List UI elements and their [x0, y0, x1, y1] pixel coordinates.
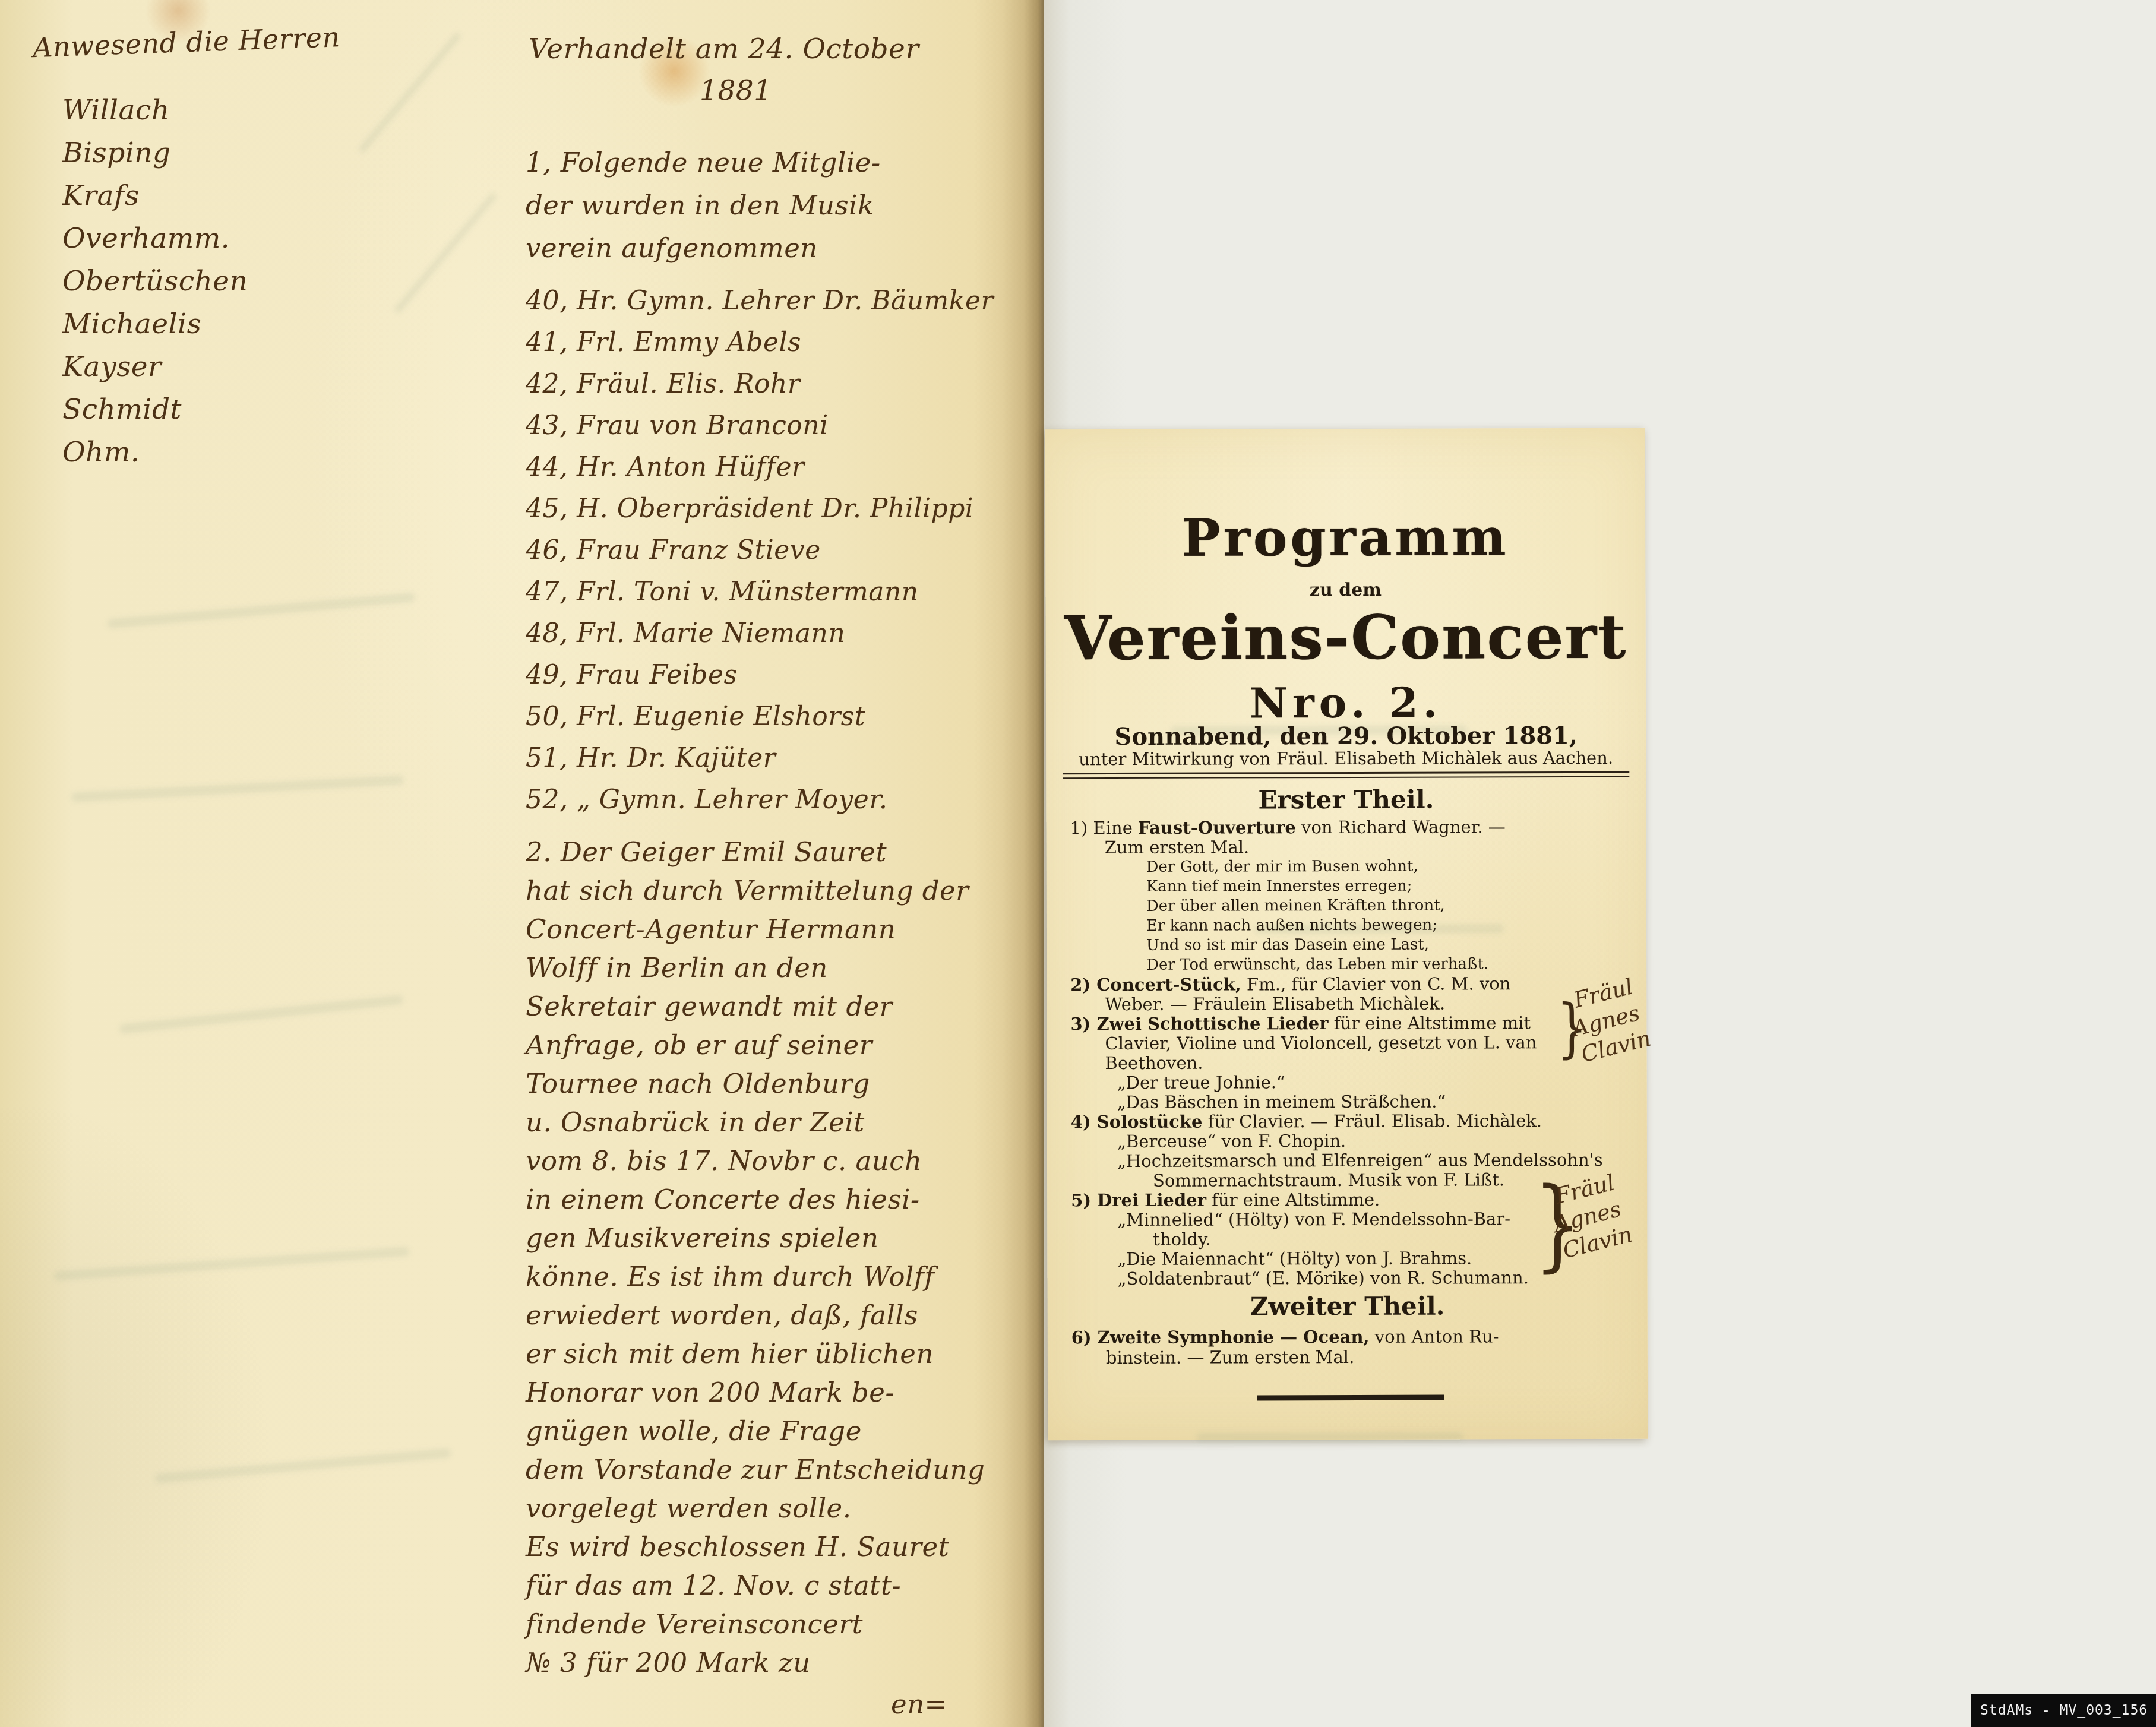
bleed-through-mark	[53, 1247, 410, 1281]
manuscript-line: Concert-Agentur Hermann	[526, 910, 1045, 948]
printed-program: Programm zu dem Vereins-Concert Nro. 2. …	[1045, 428, 1648, 1441]
page-fold-shadow	[974, 0, 1044, 1727]
attendee-name: Willach	[62, 89, 248, 132]
double-rule	[1063, 771, 1629, 779]
program-line: Beethoven.	[1071, 1052, 1626, 1073]
manuscript-line: Anfrage, ob er auf seiner	[526, 1026, 1045, 1064]
program-line: „Der treue Johnie.“	[1071, 1072, 1626, 1093]
protocol-date-line: Verhandelt am 24. October	[529, 29, 1039, 70]
part1-heading: Erster Theil.	[1046, 785, 1646, 815]
bleed-through-mark	[393, 192, 498, 315]
manuscript-line: erwiedert worden, daß, falls	[526, 1296, 1045, 1334]
part2-lines: 6) Zweite Symphonie — Ocean, von Anton R…	[1071, 1326, 1627, 1368]
manuscript-line: vorgelegt werden solle.	[526, 1489, 1045, 1527]
attendee-name: Krafs	[62, 175, 248, 217]
manuscript-line: gnügen wolle, die Frage	[526, 1412, 1045, 1450]
manuscript-line: für das am 12. Nov. c statt-	[526, 1566, 1045, 1605]
bleed-through-mark	[107, 592, 415, 628]
archive-reference-text: StdAMs - MV_003_156	[1980, 1703, 2148, 1718]
concert-title: Vereins-Concert	[1046, 602, 1646, 675]
program-line: Der über allen meinen Kräften thront,	[1070, 896, 1626, 916]
manuscript-line: vom 8. bis 17. Novbr c. auch	[526, 1141, 1045, 1180]
program-line: Er kann nach außen nichts bewegen;	[1070, 915, 1626, 936]
program-line: Der Gott, der mir im Busen wohnt,	[1070, 856, 1626, 877]
attendee-name: Schmidt	[62, 388, 248, 431]
program-subtitle: zu dem	[1045, 579, 1645, 602]
manuscript-line: 1, Folgende neue Mitglie-	[526, 141, 1048, 184]
end-rule	[1257, 1395, 1444, 1401]
program-line: 2) Concert-Stück, Fm., für Clavier von C…	[1070, 974, 1626, 995]
manuscript-line: Wolff in Berlin an den	[526, 948, 1045, 987]
program-line: 3) Zwei Schottische Lieder für eine Alts…	[1070, 1013, 1626, 1034]
manuscript-line: № 3 für 200 Mark zu	[526, 1643, 1045, 1682]
archival-scan: Anwesend die Herren WillachBispingKrafsO…	[0, 0, 2156, 1727]
program-line: binstein. — Zum ersten Mal.	[1071, 1346, 1627, 1368]
attendees-heading: Anwesend die Herren	[32, 18, 413, 64]
agenda-item-1-intro: 1, Folgende neue Mitglie-der wurden in d…	[526, 141, 1048, 270]
manuscript-line: Tournee nach Oldenburg	[526, 1064, 1045, 1103]
bleed-through-mark	[71, 775, 404, 802]
bleed-through-mark	[154, 1448, 451, 1484]
part2-heading: Zweiter Theil.	[1048, 1291, 1648, 1322]
program-line: 1) Eine Faust-Ouverture von Richard Wagn…	[1070, 817, 1625, 838]
manuscript-line: dem Vorstande zur Entscheidung	[526, 1450, 1045, 1489]
agenda-item-2-text: 2. Der Geiger Emil Saurethat sich durch …	[526, 833, 1045, 1682]
manuscript-line: hat sich durch Vermittelung der	[526, 871, 1045, 910]
catchword: en=	[891, 1688, 947, 1720]
attendee-name: Ohm.	[62, 431, 248, 474]
program-title: Programm	[1045, 507, 1645, 569]
bleed-through-mark	[1196, 1432, 1463, 1441]
attendee-name: Michaelis	[62, 303, 248, 346]
manuscript-line: verein aufgenommen	[526, 227, 1048, 270]
protocol-date: Verhandelt am 24. October 1881	[529, 29, 1039, 112]
program-line: „Berceuse“ von F. Chopin.	[1071, 1131, 1626, 1152]
program-line: 6) Zweite Symphonie — Ocean, von Anton R…	[1071, 1326, 1627, 1348]
concert-number: Nro. 2.	[1046, 678, 1646, 729]
program-line: „Das Bäschen in meinem Sträßchen.“	[1071, 1092, 1626, 1112]
program-line: 4) Solostücke für Clavier. — Fräul. Elis…	[1071, 1111, 1626, 1132]
manuscript-line: u. Osnabrück in der Zeit	[526, 1103, 1045, 1141]
manuscript-line: findende Vereinsconcert	[526, 1605, 1045, 1643]
program-line: Zum ersten Mal.	[1070, 837, 1626, 858]
program-line: Und so ist mir das Dasein eine Last,	[1070, 935, 1626, 956]
attendee-name: Kayser	[62, 346, 248, 388]
attendees-list: WillachBispingKrafsOverhamm.ObertüschenM…	[62, 89, 248, 474]
program-line: Der Tod erwünscht, das Leben mir verhaßt…	[1070, 954, 1626, 975]
concert-date: Sonnabend, den 29. Oktober 1881,	[1046, 722, 1646, 751]
manuscript-line: er sich mit dem hier üblichen	[526, 1334, 1045, 1373]
manuscript-line: in einem Concerte des hiesi-	[526, 1180, 1045, 1219]
participation-line: unter Mitwirkung von Fräul. Elisabeth Mi…	[1046, 748, 1646, 770]
program-line: Clavier, Violine und Violoncell, gesetzt…	[1070, 1033, 1626, 1054]
manuscript-line: Honorar von 200 Mark be-	[526, 1373, 1045, 1412]
manuscript-line: gen Musikvereins spielen	[526, 1219, 1045, 1257]
manuscript-line: könne. Es ist ihm durch Wolff	[526, 1257, 1045, 1296]
manuscript-line: Sekretair gewandt mit der	[526, 987, 1045, 1026]
manuscript-page: Anwesend die Herren WillachBispingKrafsO…	[0, 0, 1044, 1727]
manuscript-line: der wurden in den Musik	[526, 184, 1048, 227]
manuscript-line: Es wird beschlossen H. Sauret	[526, 1527, 1045, 1566]
attendee-name: Overhamm.	[62, 217, 248, 260]
program-line: Weber. — Fräulein Elisabeth Michàlek.	[1070, 994, 1626, 1014]
bleed-through-mark	[119, 995, 403, 1034]
attendee-name: Bisping	[62, 132, 248, 175]
attendee-name: Obertüschen	[62, 260, 248, 303]
manuscript-line: 2. Der Geiger Emil Sauret	[526, 833, 1045, 871]
program-line: Kann tief mein Innerstes erregen;	[1070, 876, 1626, 897]
archive-reference-label: StdAMs - MV_003_156	[1971, 1694, 2156, 1727]
